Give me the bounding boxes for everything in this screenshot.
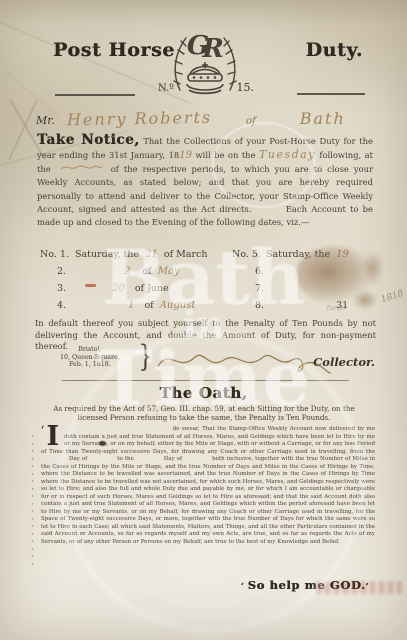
schedule-row: 6. [232,266,374,283]
svg-text:R: R [201,34,224,64]
paper-sheet: Post Horse Duty. G R [0,0,407,640]
red-show-through-text [316,581,402,594]
oath-text-3: to the [117,456,134,462]
dateline-block: Bristol, 10, Queen-Square, Feb. 1, 1818.… [34,342,375,380]
handwritten-date: 20 [112,283,125,294]
red-ink-mark [85,284,96,287]
handwritten-weekday: Tuesday [259,148,316,161]
addressee-line: Mr. Henry Roberts of Bath [36,109,376,128]
handwritten-year: 19 [179,150,192,161]
notice-paragraph: Take Notice, That the Collections of you… [37,135,373,230]
notice-text-2: will be on the [195,150,255,160]
collector-signature [154,344,339,376]
handwritten-margin-note: 1818 [380,289,405,306]
oath-text-1: do swear, That the Stamp-Office Weekly A… [41,426,375,455]
collector-label: Collector. [313,355,375,369]
addressee-prefix: Mr. [36,114,55,127]
oath-dropcap: I [46,426,59,447]
schedule-row: 2. 2 of May [40,266,232,283]
handwritten-squiggle [59,163,103,172]
title-duty: Duty. [305,39,363,61]
oath-title: The Oath, [0,384,407,402]
handwritten-date: 19 [336,249,349,260]
schedule-right-column: No. 5. Saturday, the 19 6. 7. 8. 31 [232,249,374,317]
handwritten-month: August [160,300,196,311]
schedule-row: No. 5. Saturday, the 19 [232,249,374,266]
handwritten-date: 21 [145,249,158,260]
form-number: 15. [237,81,255,94]
oath-body: I do swear, That the Stamp-Office Weekly… [41,426,375,546]
gr-monogram-crown-icon: G R [170,26,240,104]
schedule-row: 8. 31 [232,300,374,317]
oath-text-4: Day of [164,456,182,462]
take-notice-lead: Take Notice, [37,132,140,148]
royal-cypher: G R N.º 15. [156,26,254,106]
header-rule-left [55,94,135,96]
schedule-table: No. 1. Saturday, the 21 of March 2. 2 of… [40,249,374,317]
handwritten-date: 2 [124,266,130,277]
oath-text-2: Day of [69,456,87,462]
section-divider [62,380,349,381]
show-through-word: Turner [326,305,347,312]
office-address: Bristol, 10, Queen-Square, Feb. 1, 1818. [60,346,120,369]
addressee-connector: of [246,116,256,127]
schedule-left-column: No. 1. Saturday, the 21 of March 2. 2 of… [40,249,232,317]
addressee-name: Henry Roberts [67,108,212,130]
schedule-row: 4. 1 of August [40,300,232,317]
brace-glyph [138,339,152,374]
opening-quote [41,426,44,436]
schedule-row: 7. [232,283,374,300]
addressee-place: Bath [300,109,346,128]
oath-note: As required by the Act of 57, Geo. III. … [38,404,370,423]
header-rule-right [297,93,365,95]
handwritten-month: May [158,266,180,277]
line-quote-marks [32,435,34,570]
schedule-row: No. 1. Saturday, the 21 of March [40,249,232,266]
document-photo: Post Horse Duty. G R [0,0,407,640]
schedule-row: 3. 20 of June [40,283,232,300]
oath-text-5: both inclusive, together with the true N… [41,456,375,545]
form-number-prefix: N.º [158,83,174,94]
ink-blot [99,441,106,446]
handwritten-date: 1 [128,300,134,311]
